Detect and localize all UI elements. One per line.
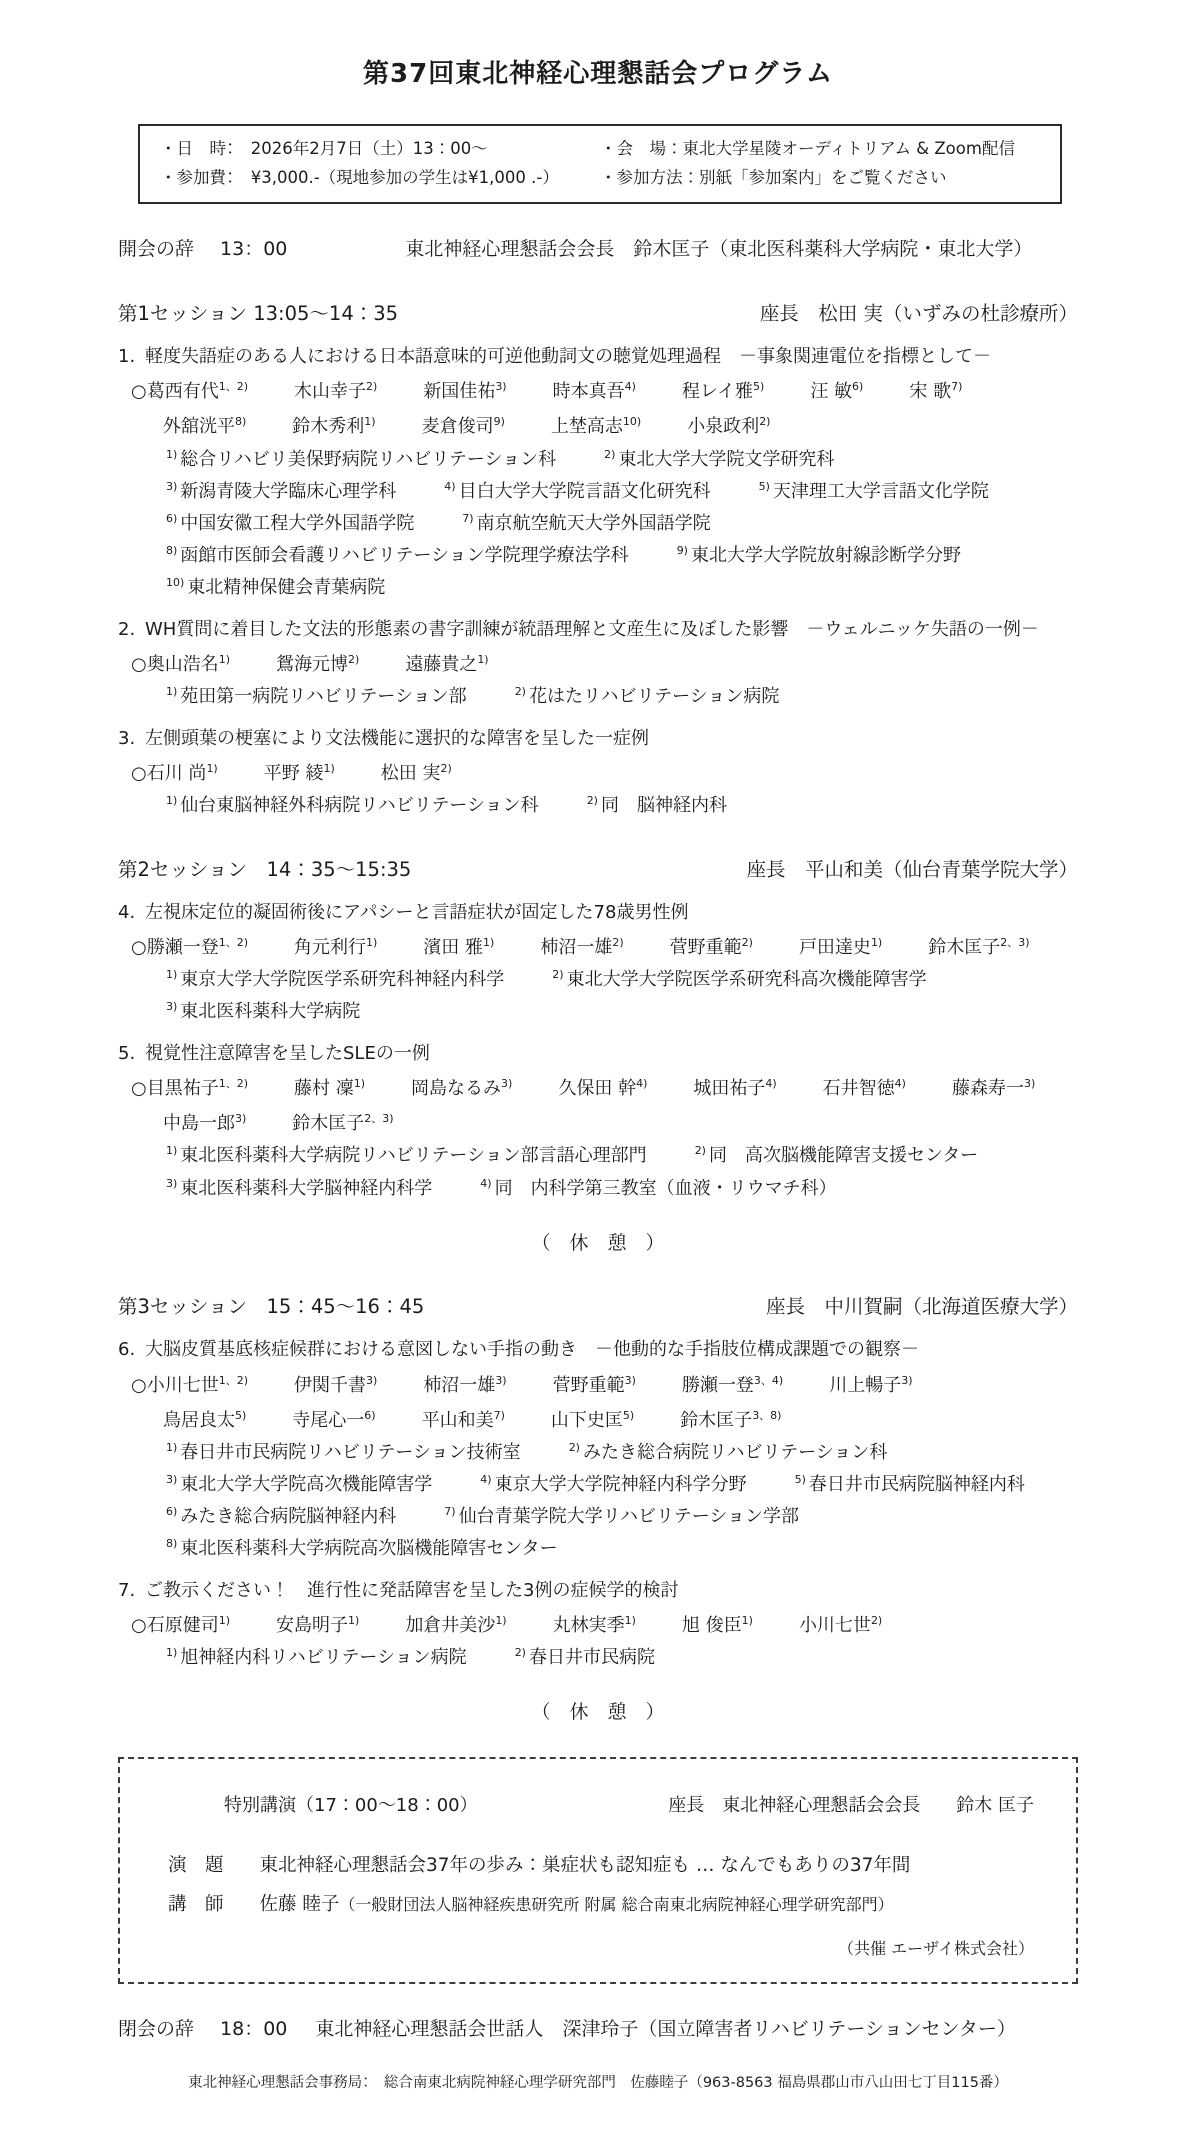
- sessions-container: 第1セッション 13:05～14：35座長 松田 実（いずみの杜診療所）1.軽度…: [118, 300, 1078, 1727]
- author: 岡島なるみ3): [411, 1076, 512, 1102]
- session-chair: 座長 松田 実（いずみの杜診療所）: [760, 300, 1078, 328]
- author-affil-ref: 1): [364, 415, 375, 428]
- author: 宋 歌7): [909, 379, 962, 405]
- author-affil-ref: 1、2): [219, 380, 248, 393]
- closing-time: 18：00: [220, 2016, 287, 2044]
- item-title-row: 6.大脳皮質基底核症候群における意図しない手指の動き －他動的な手指肢位構成課題…: [118, 1337, 1078, 1363]
- affiliation: 1)東北医科薬科大学病院リハビリテーション部言語心理部門: [166, 1143, 647, 1169]
- author-affil-ref: 8): [235, 415, 246, 428]
- author: 藤村 凜1): [294, 1076, 365, 1102]
- author-affil-ref: 4): [895, 1077, 906, 1090]
- author-affil-ref: 1、2): [219, 1374, 248, 1387]
- affiliation-number: 2): [604, 448, 615, 461]
- author-row: ○石川 尚1)平野 綾1)松田 実2): [118, 761, 1078, 787]
- author-affil-ref: 4): [625, 380, 636, 393]
- opening-label: 開会の辞: [118, 236, 194, 264]
- author: ○小川七世1、2): [131, 1373, 248, 1399]
- affiliation: 3)東北大学大学院高次機能障害学: [166, 1472, 432, 1498]
- author: 寺尾心一6): [292, 1408, 375, 1434]
- affiliation-row: 3)東北医科薬科大学病院: [118, 999, 1078, 1025]
- affiliation-number: 4): [480, 1177, 491, 1190]
- item-title-row: 2.WH質問に着目した文法的形態素の書字訓練が統語理解と文産生に及ぼした影響 －…: [118, 617, 1078, 643]
- affiliation-number: 2): [695, 1144, 706, 1157]
- affiliation-row: 1)仙台東脳神経外科病院リハビリテーション科2)同 脳神経内科: [118, 793, 1078, 819]
- affiliation-number: 4): [444, 480, 455, 493]
- author: 小川七世2): [799, 1613, 882, 1639]
- author-affil-ref: 1): [206, 762, 217, 775]
- affiliation: 1)春日井市民病院リハビリテーション技術室: [166, 1440, 521, 1466]
- author-row: 中島一郎3)鈴木匡子2、3): [118, 1111, 1078, 1137]
- author-affil-ref: 3): [1024, 1077, 1035, 1090]
- item-title: 大脳皮質基底核症候群における意図しない手指の動き －他動的な手指肢位構成課題での…: [145, 1337, 1078, 1363]
- author-affil-ref: 7): [951, 380, 962, 393]
- affiliation: 3)東北医科薬科大学病院: [166, 999, 360, 1025]
- closing-label: 閉会の辞: [118, 2016, 194, 2044]
- special-lecture-title: 特別講演（17：00～18：00）: [224, 1793, 478, 1819]
- special-lecture-box: 特別講演（17：00～18：00） 座長 東北神経心理懇話会会長 鈴木 匡子 演…: [118, 1757, 1078, 1984]
- break-label: （ 休 憩 ）: [118, 1230, 1078, 1258]
- author-affil-ref: 4): [765, 1077, 776, 1090]
- author-affil-ref: 1): [742, 1614, 753, 1627]
- item-title: WH質問に着目した文法的形態素の書字訓練が統語理解と文産生に及ぼした影響 －ウェ…: [145, 617, 1078, 643]
- affiliation-row: 1)東北医科薬科大学病院リハビリテーション部言語心理部門2)同 高次脳機能障害支…: [118, 1143, 1078, 1169]
- item-number: 1.: [118, 344, 145, 370]
- affiliation: 2)春日井市民病院: [515, 1645, 655, 1671]
- info-row-1: ・日 時： 2026年2月7日（土）13：00～ ・会 場：東北大学星陵オーディ…: [160, 135, 1040, 164]
- author: 安島明子1): [276, 1613, 359, 1639]
- item-title-row: 1.軽度失語症のある人における日本語意味的可逆他動詞文の聴覚処理過程 －事象関連…: [118, 344, 1078, 370]
- affiliation-number: 1): [166, 448, 177, 461]
- item-title: ご教示ください！ 進行性に発話障害を呈した3例の症候学的検討: [145, 1578, 1078, 1604]
- affiliation-number: 3): [166, 1473, 177, 1486]
- affiliation: 1)東京大学大学院医学系研究科神経内科学: [166, 967, 504, 993]
- special-lecture-topic-row: 演 題 東北神経心理懇話会37年の歩み：巣症状も認知症も … なんでもありの37…: [168, 1853, 1034, 1880]
- author: ○葛西有代1、2): [131, 379, 248, 405]
- session-label: 第2セッション 14：35～15:35: [118, 856, 411, 884]
- topic-label: 演 題: [168, 1853, 224, 1880]
- author-affil-ref: 2): [612, 936, 623, 949]
- item-number: 4.: [118, 900, 145, 926]
- author-affil-ref: 1): [871, 936, 882, 949]
- affiliation: 2)同 高次脳機能障害支援センター: [695, 1143, 979, 1169]
- author: 丸林実季1): [553, 1613, 636, 1639]
- author-affil-ref: 1): [348, 1614, 359, 1627]
- affiliation-number: 1): [166, 1441, 177, 1454]
- footer-office: 東北神経心理懇話会事務局： 総合南東北病院神経心理学研究部門 佐藤睦子（963-…: [118, 2073, 1078, 2094]
- author: 加倉井美沙1): [405, 1613, 506, 1639]
- author-affil-ref: 3、4): [754, 1374, 783, 1387]
- program-item: 7.ご教示ください！ 進行性に発話障害を呈した3例の症候学的検討○石原健司1)安…: [118, 1578, 1078, 1671]
- author-affil-ref: 5): [235, 1409, 246, 1422]
- affiliation-row: 3)東北大学大学院高次機能障害学4)東京大学大学院神経内科学分野5)春日井市民病…: [118, 1472, 1078, 1498]
- author: ○勝瀬一登1、2): [131, 935, 248, 961]
- author: 上埜高志10): [551, 414, 641, 440]
- author-affil-ref: 3): [501, 1077, 512, 1090]
- author-affil-ref: 1、2): [219, 936, 248, 949]
- author-affil-ref: 1): [354, 1077, 365, 1090]
- session-header-3: 第3セッション 15：45～16：45座長 中川賀嗣（北海道医療大学）: [118, 1293, 1078, 1321]
- item-number: 2.: [118, 617, 145, 643]
- author-affil-ref: 1): [219, 653, 230, 666]
- affiliation: 7)南京航空航天大学外国語学院: [462, 511, 710, 537]
- author-affil-ref: 1): [495, 1614, 506, 1627]
- affiliation-number: 2): [552, 968, 563, 981]
- item-title-row: 3.左側頭葉の梗塞により文法機能に選択的な障害を呈した一症例: [118, 726, 1078, 752]
- info-venue: ・会 場：東北大学星陵オーディトリアム & Zoom配信: [600, 135, 1040, 164]
- affiliation: 9)東北大学大学院放射線診断学分野: [677, 543, 961, 569]
- author: 汪 敏6): [810, 379, 863, 405]
- author: 菅野重範2): [670, 935, 753, 961]
- closing-speaker: 東北神経心理懇話会世話人 深津玲子（国立障害者リハビリテーションセンター）: [315, 2016, 1016, 2044]
- affiliation-number: 2): [587, 794, 598, 807]
- affiliation-number: 6): [166, 1505, 177, 1518]
- author-affil-ref: 2): [441, 762, 452, 775]
- affiliation: 3)東北医科薬科大学脳神経内科学: [166, 1176, 432, 1202]
- author: 新国佳祐3): [423, 379, 506, 405]
- author-affil-ref: 3): [235, 1112, 246, 1125]
- affiliation-number: 1): [166, 794, 177, 807]
- author-affil-ref: 2、3): [1000, 936, 1029, 949]
- opening-speaker: 東北神経心理懇話会会長 鈴木匡子（東北医科薬科大学病院・東北大学）: [405, 236, 1032, 264]
- author-affil-ref: 5): [753, 380, 764, 393]
- break-label: （ 休 憩 ）: [118, 1699, 1078, 1727]
- affiliation-row: 6)中国安徽工程大学外国語学院7)南京航空航天大学外国語学院: [118, 511, 1078, 537]
- affiliation: 6)みたき総合病院脳神経内科: [166, 1504, 396, 1530]
- session-header-1: 第1セッション 13:05～14：35座長 松田 実（いずみの杜診療所）: [118, 300, 1078, 328]
- affiliation-row: 1)旭神経内科リハビリテーション病院2)春日井市民病院: [118, 1645, 1078, 1671]
- item-number: 5.: [118, 1041, 145, 1067]
- author-affil-ref: 3): [495, 380, 506, 393]
- affiliation-number: 1): [166, 968, 177, 981]
- special-lecture-speaker-row: 講 師 佐藤 睦子 （一般財団法人脳神経疾患研究所 附属 総合南東北病院神経心理…: [168, 1892, 1034, 1919]
- affiliation-row: 1)総合リハビリ美保野病院リハビリテーション科2)東北大学大学院文学研究科: [118, 447, 1078, 473]
- affiliation-number: 1): [166, 1646, 177, 1659]
- program-item: 1.軽度失語症のある人における日本語意味的可逆他動詞文の聴覚処理過程 －事象関連…: [118, 344, 1078, 601]
- author: ○奥山浩名1): [131, 652, 230, 678]
- author: 久保田 幹4): [558, 1076, 647, 1102]
- program-item: 3.左側頭葉の梗塞により文法機能に選択的な障害を呈した一症例○石川 尚1)平野 …: [118, 726, 1078, 819]
- info-datetime: ・日 時： 2026年2月7日（土）13：00～: [160, 135, 600, 164]
- speaker-label: 講 師: [168, 1892, 224, 1919]
- author: 鈴木匡子3、8): [680, 1408, 781, 1434]
- closing-remarks: 閉会の辞 18：00 東北神経心理懇話会世話人 深津玲子（国立障害者リハビリテー…: [118, 2016, 1078, 2044]
- item-title: 左側頭葉の梗塞により文法機能に選択的な障害を呈した一症例: [145, 726, 1078, 752]
- session-header-2: 第2セッション 14：35～15:35座長 平山和美（仙台青葉学院大学）: [118, 856, 1078, 884]
- session-chair: 座長 平山和美（仙台青葉学院大学）: [746, 856, 1078, 884]
- affiliation: 1)旭神経内科リハビリテーション病院: [166, 1645, 467, 1671]
- speaker-affiliation: （一般財団法人脳神経疾患研究所 附属 総合南東北病院神経心理学研究部門）: [339, 1893, 893, 1916]
- item-title: 軽度失語症のある人における日本語意味的可逆他動詞文の聴覚処理過程 －事象関連電位…: [145, 344, 1078, 370]
- info-method: ・参加方法：別紙「参加案内」をご覧ください: [600, 164, 1040, 193]
- affiliation-number: 3): [166, 480, 177, 493]
- author: ○石原健司1): [131, 1613, 230, 1639]
- special-lecture-header: 特別講演（17：00～18：00） 座長 東北神経心理懇話会会長 鈴木 匡子: [168, 1793, 1034, 1819]
- info-box: ・日 時： 2026年2月7日（土）13：00～ ・会 場：東北大学星陵オーディ…: [138, 124, 1062, 205]
- author: 遠藤貴之1): [405, 652, 488, 678]
- speaker-name: 佐藤 睦子: [260, 1892, 340, 1919]
- author-affil-ref: 1): [219, 1614, 230, 1627]
- affiliation: 6)中国安徽工程大学外国語学院: [166, 511, 414, 537]
- author-affil-ref: 2): [759, 415, 770, 428]
- affiliation-number: 8): [166, 544, 177, 557]
- special-lecture-chair: 座長 東北神経心理懇話会会長 鈴木 匡子: [668, 1793, 1034, 1819]
- affiliation-number: 7): [462, 512, 473, 525]
- affiliation-number: 3): [166, 1177, 177, 1190]
- affiliation-number: 8): [166, 1537, 177, 1550]
- author-row: ○奥山浩名1)鴛海元博2)遠藤貴之1): [118, 652, 1078, 678]
- author-affil-ref: 5): [623, 1409, 634, 1422]
- affiliation-row: 1)春日井市民病院リハビリテーション技術室2)みたき総合病院リハビリテーション科: [118, 1440, 1078, 1466]
- author: 川上暢子3): [829, 1373, 912, 1399]
- affiliation: 2)花はたリハビリテーション病院: [515, 684, 780, 710]
- item-number: 7.: [118, 1578, 145, 1604]
- author: 勝瀬一登3、4): [682, 1373, 783, 1399]
- affiliation-row: 6)みたき総合病院脳神経内科7)仙台青葉学院大学リハビリテーション学部: [118, 1504, 1078, 1530]
- affiliation-row: 1)東京大学大学院医学系研究科神経内科学2)東北大学大学院医学系研究科高次機能障…: [118, 967, 1078, 993]
- author: ○目黒祐子1、2): [131, 1076, 248, 1102]
- author: 木山幸子2): [294, 379, 377, 405]
- author-row: 外舘洸平8)鈴木秀利1)麦倉俊司9)上埜高志10)小泉政利2): [118, 414, 1078, 440]
- author-affil-ref: 10): [623, 415, 641, 428]
- author: 時本真吾4): [553, 379, 636, 405]
- affiliation-row: 3)新潟青陵大学臨床心理学科4)目白大学大学院言語文化研究科5)天津理工大学言語…: [118, 479, 1078, 505]
- program-item: 2.WH質問に着目した文法的形態素の書字訓練が統語理解と文産生に及ぼした影響 －…: [118, 617, 1078, 710]
- affiliation: 2)東北大学大学院文学研究科: [604, 447, 834, 473]
- author-row: ○小川七世1、2)伊関千書3)柿沼一雄3)菅野重範3)勝瀬一登3、4)川上暢子3…: [118, 1373, 1078, 1399]
- author: 中島一郎3): [163, 1111, 246, 1137]
- author: 小泉政利2): [687, 414, 770, 440]
- topic-text: 東北神経心理懇話会37年の歩み：巣症状も認知症も … なんでもありの37年間: [260, 1853, 911, 1880]
- item-title-row: 7.ご教示ください！ 進行性に発話障害を呈した3例の症候学的検討: [118, 1578, 1078, 1604]
- affiliation: 2)みたき総合病院リハビリテーション科: [569, 1440, 888, 1466]
- author-affil-ref: 4): [636, 1077, 647, 1090]
- affiliation-number: 2): [515, 685, 526, 698]
- affiliation-number: 4): [480, 1473, 491, 1486]
- author: 鈴木匡子2、3): [292, 1111, 393, 1137]
- author: 旭 俊臣1): [682, 1613, 753, 1639]
- program-page: 第37回東北神経心理懇話会プログラム ・日 時： 2026年2月7日（土）13：…: [0, 0, 1190, 2134]
- author: 山下史匡5): [551, 1408, 634, 1434]
- affiliation-number: 1): [166, 1144, 177, 1157]
- affiliation: 7)仙台青葉学院大学リハビリテーション学部: [444, 1504, 799, 1530]
- opening-time: 13：00: [220, 236, 287, 264]
- affiliation: 2)同 脳神経内科: [587, 793, 727, 819]
- item-number: 6.: [118, 1337, 145, 1363]
- author-row: 鳥居良太5)寺尾心一6)平山和美7)山下史匡5)鈴木匡子3、8): [118, 1408, 1078, 1434]
- affiliation-number: 7): [444, 1505, 455, 1518]
- author-affil-ref: 7): [494, 1409, 505, 1422]
- affiliation-row: 8)東北医科薬科大学病院高次脳機能障害センター: [118, 1536, 1078, 1562]
- author: 外舘洸平8): [163, 414, 246, 440]
- item-title: 視覚性注意障害を呈したSLEの一例: [145, 1041, 1078, 1067]
- author-affil-ref: 2): [348, 653, 359, 666]
- author-affil-ref: 1): [366, 936, 377, 949]
- affiliation-number: 5): [759, 480, 770, 493]
- affiliation: 10)東北精神保健会青葉病院: [166, 575, 385, 601]
- affiliation: 5)春日井市民病院脳神経内科: [795, 1472, 1025, 1498]
- affiliation-number: 1): [166, 685, 177, 698]
- author-affil-ref: 3): [366, 1374, 377, 1387]
- author-affil-ref: 3): [495, 1374, 506, 1387]
- author: 戸田達史1): [799, 935, 882, 961]
- session-label: 第1セッション 13:05～14：35: [118, 300, 398, 328]
- author-affil-ref: 3): [901, 1374, 912, 1387]
- author-affil-ref: 1): [323, 762, 334, 775]
- author: 平野 綾1): [264, 761, 335, 787]
- author-affil-ref: 3、8): [752, 1409, 781, 1422]
- program-item: 5.視覚性注意障害を呈したSLEの一例○目黒祐子1、2)藤村 凜1)岡島なるみ3…: [118, 1041, 1078, 1201]
- author: 伊関千書3): [294, 1373, 377, 1399]
- cosponsor-note: （共催 エーザイ株式会社）: [168, 1937, 1034, 1960]
- affiliation-number: 2): [515, 1646, 526, 1659]
- opening-remarks: 開会の辞 13：00 東北神経心理懇話会会長 鈴木匡子（東北医科薬科大学病院・東…: [118, 236, 1078, 264]
- author: 鈴木秀利1): [292, 414, 375, 440]
- item-number: 3.: [118, 726, 145, 752]
- affiliation: 2)東北大学大学院医学系研究科高次機能障害学: [552, 967, 926, 993]
- author: 濱田 雅1): [423, 935, 494, 961]
- author: 柿沼一雄2): [540, 935, 623, 961]
- author-affil-ref: 2、3): [364, 1112, 393, 1125]
- author: 柿沼一雄3): [423, 1373, 506, 1399]
- author: 石井智徳4): [823, 1076, 906, 1102]
- session-label: 第3セッション 15：45～16：45: [118, 1293, 424, 1321]
- affiliation-number: 2): [569, 1441, 580, 1454]
- author: ○石川 尚1): [131, 761, 218, 787]
- affiliation: 8)函館市医師会看護リハビリテーション学院理学療法学科: [166, 543, 629, 569]
- item-title: 左視床定位的凝固術後にアパシーと言語症状が固定した78歳男性例: [145, 900, 1078, 926]
- info-row-2: ・参加費： ¥3,000.-（現地参加の学生は¥1,000 .-） ・参加方法：…: [160, 164, 1040, 193]
- affiliation-row: 3)東北医科薬科大学脳神経内科学4)同 内科学第三教室（血液・リウマチ科）: [118, 1176, 1078, 1202]
- author-row: ○石原健司1)安島明子1)加倉井美沙1)丸林実季1)旭 俊臣1)小川七世2): [118, 1613, 1078, 1639]
- affiliation: 1)苑田第一病院リハビリテーション部: [166, 684, 467, 710]
- affiliation-row: 1)苑田第一病院リハビリテーション部2)花はたリハビリテーション病院: [118, 684, 1078, 710]
- affiliation-number: 3): [166, 1000, 177, 1013]
- author-affil-ref: 2): [742, 936, 753, 949]
- program-item: 6.大脳皮質基底核症候群における意図しない手指の動き －他動的な手指肢位構成課題…: [118, 1337, 1078, 1562]
- author-affil-ref: 1): [625, 1614, 636, 1627]
- affiliation: 8)東北医科薬科大学病院高次脳機能障害センター: [166, 1536, 558, 1562]
- author-row: ○勝瀬一登1、2)角元利行1)濱田 雅1)柿沼一雄2)菅野重範2)戸田達史1)鈴…: [118, 935, 1078, 961]
- author-row: ○葛西有代1、2)木山幸子2)新国佳祐3)時本真吾4)程レイ雅5)汪 敏6)宋 …: [118, 379, 1078, 405]
- affiliation-row: 10)東北精神保健会青葉病院: [118, 575, 1078, 601]
- affiliation-number: 5): [795, 1473, 806, 1486]
- item-title-row: 4.左視床定位的凝固術後にアパシーと言語症状が固定した78歳男性例: [118, 900, 1078, 926]
- affiliation: 4)東京大学大学院神経内科学分野: [480, 1472, 746, 1498]
- author: 平山和美7): [422, 1408, 505, 1434]
- author: 麦倉俊司9): [422, 414, 505, 440]
- author: 菅野重範3): [553, 1373, 636, 1399]
- affiliation: 3)新潟青陵大学臨床心理学科: [166, 479, 396, 505]
- affiliation-number: 9): [677, 544, 688, 557]
- session-chair: 座長 中川賀嗣（北海道医療大学）: [766, 1293, 1078, 1321]
- author-affil-ref: 9): [494, 415, 505, 428]
- author-affil-ref: 1): [477, 653, 488, 666]
- affiliation: 1)仙台東脳神経外科病院リハビリテーション科: [166, 793, 539, 819]
- author-affil-ref: 2): [871, 1614, 882, 1627]
- item-title-row: 5.視覚性注意障害を呈したSLEの一例: [118, 1041, 1078, 1067]
- author: 鈴木匡子2、3): [928, 935, 1029, 961]
- author-affil-ref: 1、2): [219, 1077, 248, 1090]
- info-fee: ・参加費： ¥3,000.-（現地参加の学生は¥1,000 .-）: [160, 164, 600, 193]
- affiliation-row: 8)函館市医師会看護リハビリテーション学院理学療法学科9)東北大学大学院放射線診…: [118, 543, 1078, 569]
- page-title: 第37回東北神経心理懇話会プログラム: [118, 56, 1078, 94]
- affiliation-number: 6): [166, 512, 177, 525]
- author-affil-ref: 6): [364, 1409, 375, 1422]
- author-affil-ref: 2): [366, 380, 377, 393]
- author: 角元利行1): [294, 935, 377, 961]
- affiliation: 5)天津理工大学言語文化学院: [759, 479, 989, 505]
- author-affil-ref: 1): [483, 936, 494, 949]
- author: 城田祐子4): [693, 1076, 776, 1102]
- affiliation: 4)目白大学大学院言語文化研究科: [444, 479, 710, 505]
- affiliation: 4)同 内科学第三教室（血液・リウマチ科）: [480, 1176, 836, 1202]
- author: 鳥居良太5): [163, 1408, 246, 1434]
- affiliation: 1)総合リハビリ美保野病院リハビリテーション科: [166, 447, 556, 473]
- affiliation-number: 10): [166, 576, 184, 589]
- author: 鴛海元博2): [276, 652, 359, 678]
- program-item: 4.左視床定位的凝固術後にアパシーと言語症状が固定した78歳男性例○勝瀬一登1、…: [118, 900, 1078, 1025]
- author: 松田 実2): [381, 761, 452, 787]
- author-row: ○目黒祐子1、2)藤村 凜1)岡島なるみ3)久保田 幹4)城田祐子4)石井智徳4…: [118, 1076, 1078, 1102]
- author: 程レイ雅5): [682, 379, 764, 405]
- author-affil-ref: 6): [852, 380, 863, 393]
- author: 藤森寿一3): [952, 1076, 1035, 1102]
- author-affil-ref: 3): [625, 1374, 636, 1387]
